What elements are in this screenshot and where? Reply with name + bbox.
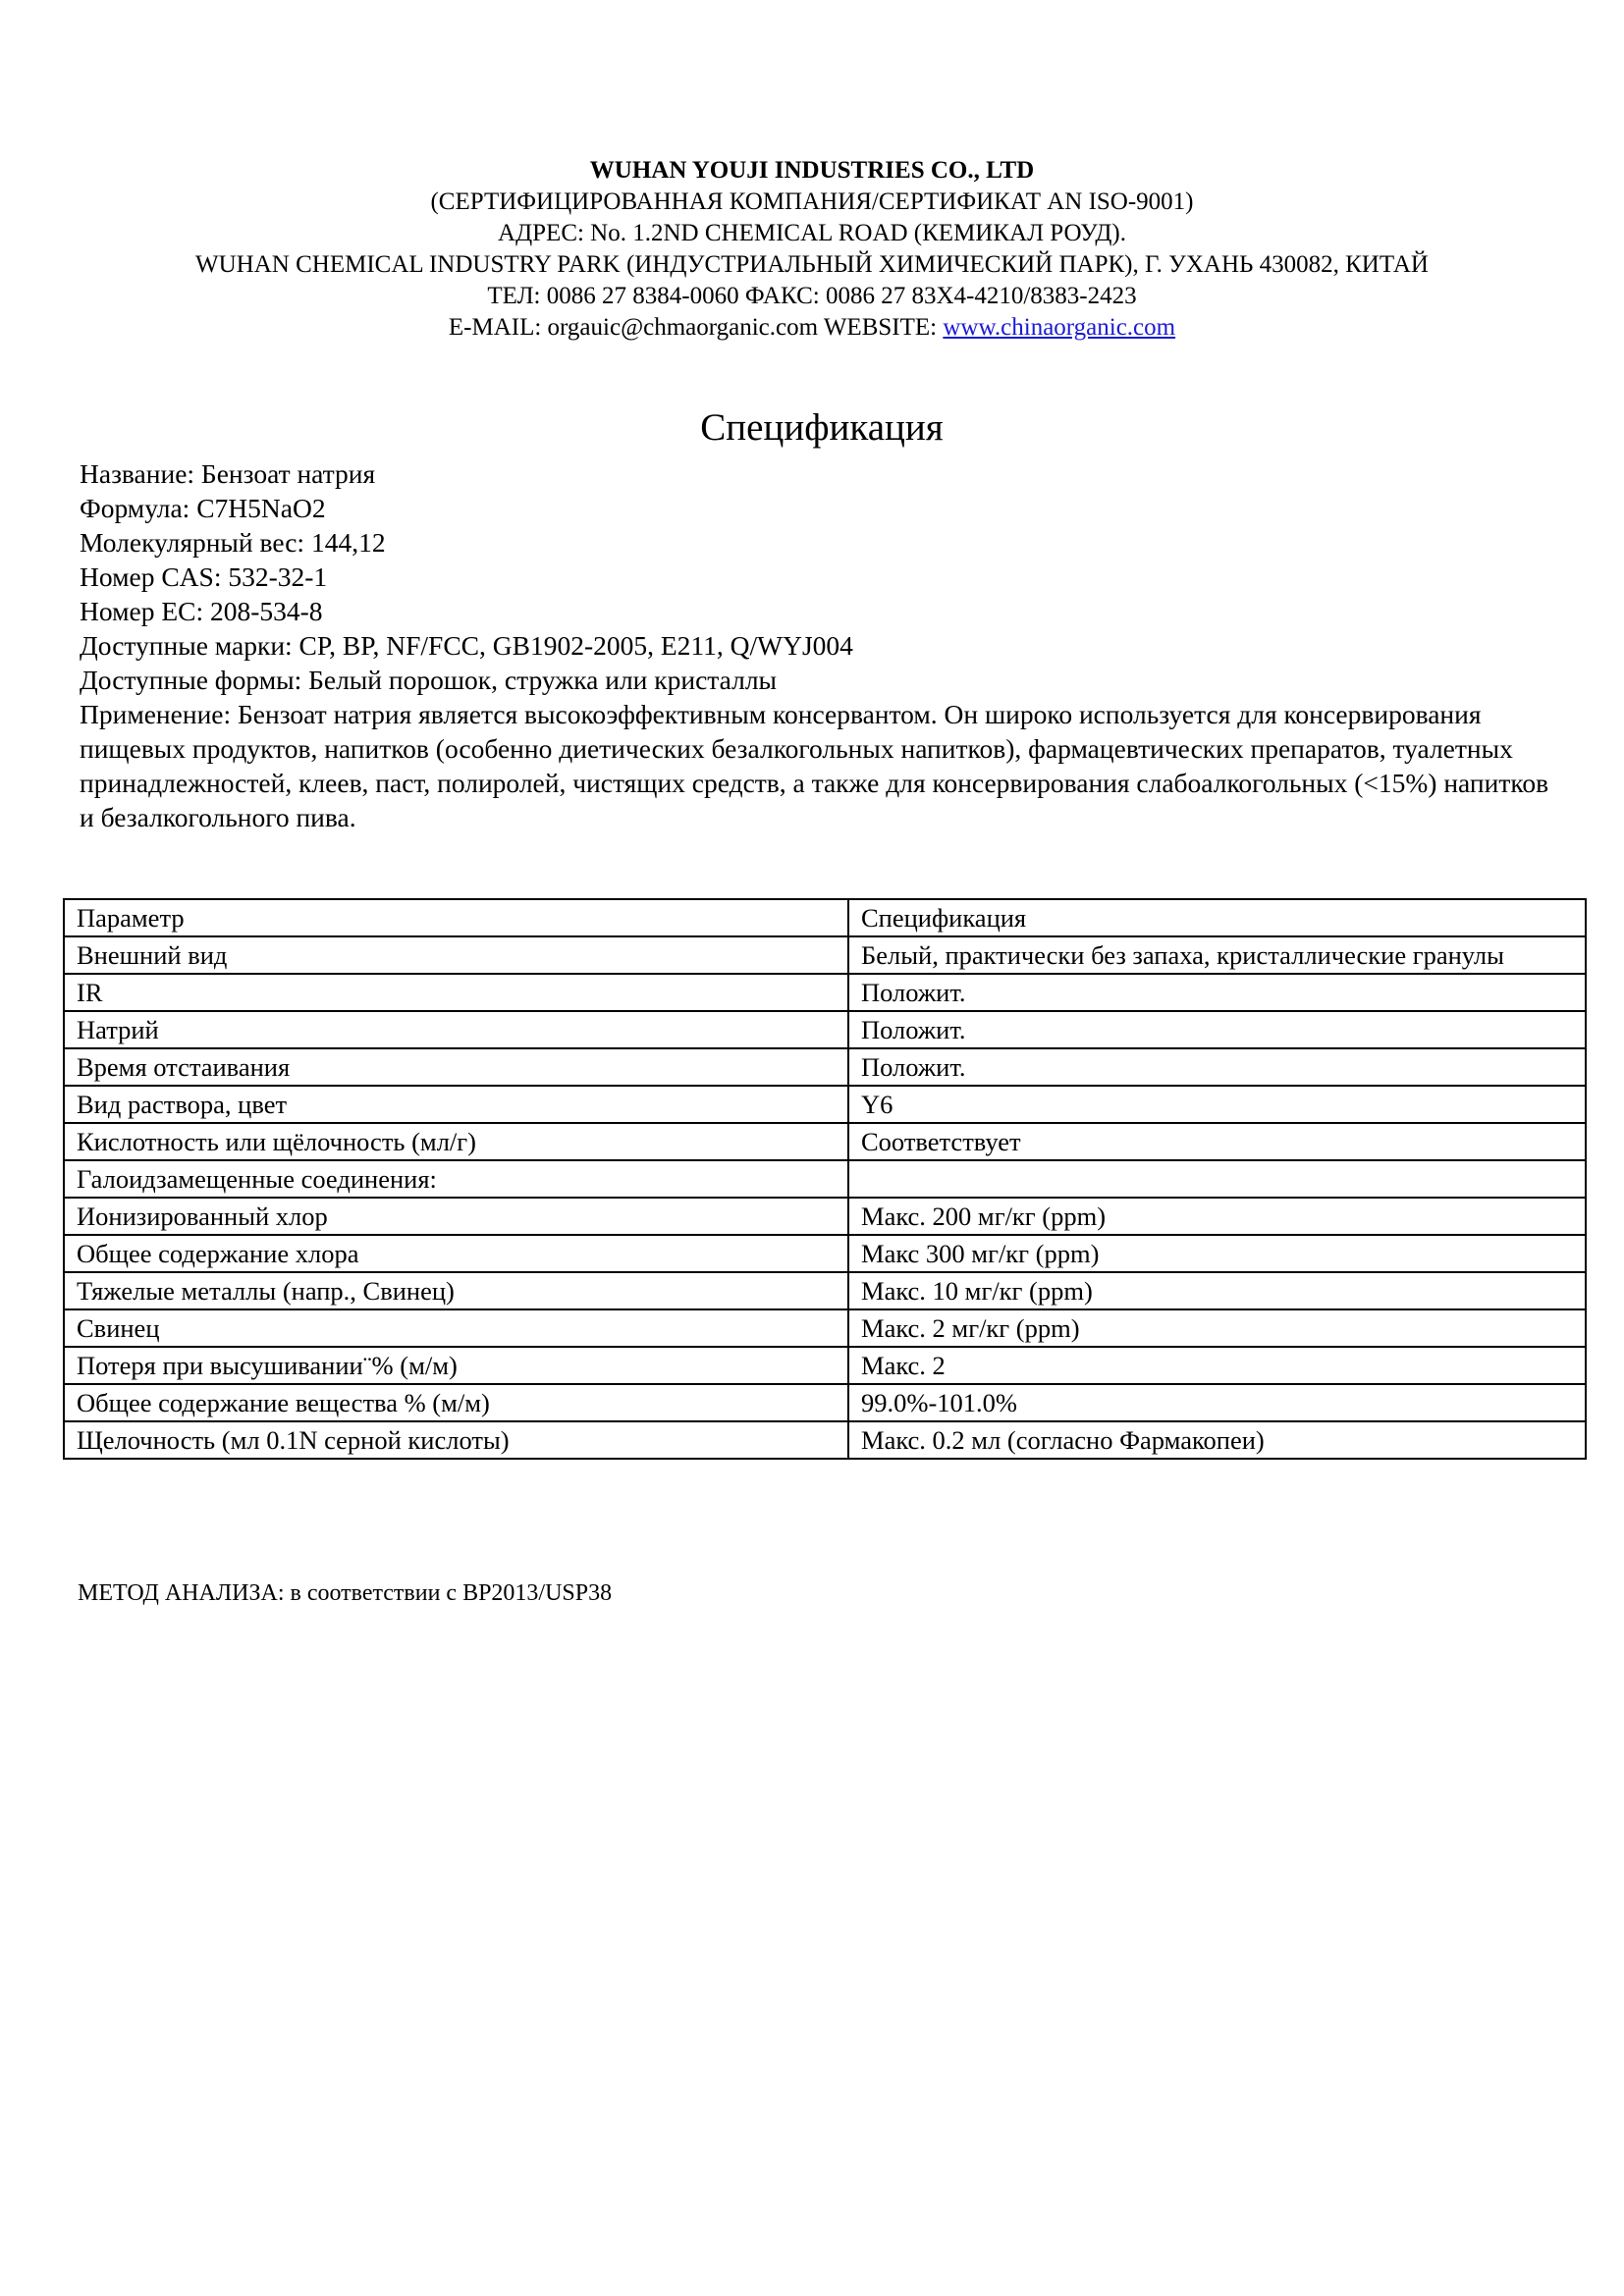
certification-line: (СЕРТИФИЦИРОВАННАЯ КОМПАНИЯ/СЕРТИФИКАТ A… (0, 187, 1624, 218)
specification-cell (848, 1160, 1586, 1198)
phone-fax-line: ТЕЛ: 0086 27 8384-0060 ФАКС: 0086 27 83X… (0, 281, 1624, 312)
parameter-cell: Натрий (64, 1011, 848, 1048)
application-text: Применение: Бензоат натрия является высо… (80, 697, 1552, 834)
contact-line: E-MAIL: orgauic@chmaorganic.com WEBSITE:… (0, 312, 1624, 344)
table-row: Вид раствора, цветY6 (64, 1086, 1586, 1123)
table-row: СвинецМакс. 2 мг/кг (ppm) (64, 1309, 1586, 1347)
specification-table: Параметр Спецификация Внешний видБелый, … (63, 898, 1587, 1460)
parameter-cell: Галоидзамещенные соединения: (64, 1160, 848, 1198)
table-row: НатрийПоложит. (64, 1011, 1586, 1048)
parameter-cell: Тяжелые металлы (напр., Свинец) (64, 1272, 848, 1309)
property-line: Номер CAS: 532-32-1 (80, 560, 1552, 594)
table-row: Тяжелые металлы (напр., Свинец)Макс. 10 … (64, 1272, 1586, 1309)
parameter-cell: Вид раствора, цвет (64, 1086, 848, 1123)
table-row: Ионизированный хлорМакс. 200 мг/кг (ppm) (64, 1198, 1586, 1235)
specification-cell: Макс 300 мг/кг (ppm) (848, 1235, 1586, 1272)
parameter-cell: Свинец (64, 1309, 848, 1347)
specification-cell: Белый, практически без запаха, кристалли… (848, 936, 1586, 974)
parameter-cell: Потеря при высушивании¨% (м/м) (64, 1347, 848, 1384)
email-text: E-MAIL: orgauic@chmaorganic.com WEBSITE: (449, 314, 943, 341)
address-line-2: WUHAN CHEMICAL INDUSTRY PARK (ИНДУСТРИАЛ… (0, 249, 1624, 281)
specification-cell: Y6 (848, 1086, 1586, 1123)
parameter-cell: Ионизированный хлор (64, 1198, 848, 1235)
header-specification: Спецификация (848, 899, 1586, 936)
address-line-1: АДРЕС: No. 1.2ND CHEMICAL ROAD (КЕМИКАЛ … (0, 218, 1624, 249)
table-row: Общее содержание хлораМакс 300 мг/кг (pp… (64, 1235, 1586, 1272)
product-properties: Название: Бензоат натрияФормула: C7H5NaO… (80, 456, 1552, 834)
parameter-cell: Внешний вид (64, 936, 848, 974)
property-line: Молекулярный вес: 144,12 (80, 525, 1552, 560)
specification-cell: 99.0%-101.0% (848, 1384, 1586, 1421)
table-row: Кислотность или щёлочность (мл/г)Соответ… (64, 1123, 1586, 1160)
parameter-cell: Общее содержание вещества % (м/м) (64, 1384, 848, 1421)
website-link[interactable]: www.chinaorganic.com (943, 314, 1175, 341)
specification-cell: Положит. (848, 1011, 1586, 1048)
property-line: Доступные формы: Белый порошок, стружка … (80, 663, 1552, 697)
parameter-cell: IR (64, 974, 848, 1011)
company-header: WUHAN YOUJI INDUSTRIES CO., LTD (СЕРТИФИ… (0, 155, 1624, 344)
parameter-cell: Время отстаивания (64, 1048, 848, 1086)
table-row: Время отстаиванияПоложит. (64, 1048, 1586, 1086)
table-row: Общее содержание вещества % (м/м)99.0%-1… (64, 1384, 1586, 1421)
property-line: Доступные марки: CP, BP, NF/FCC, GB1902-… (80, 628, 1552, 663)
parameter-cell: Кислотность или щёлочность (мл/г) (64, 1123, 848, 1160)
document-title: Спецификация (0, 404, 1624, 452)
property-line: Номер EC: 208-534-8 (80, 594, 1552, 628)
specification-cell: Положит. (848, 974, 1586, 1011)
table-row: Щелочность (мл 0.1N серной кислоты)Макс.… (64, 1421, 1586, 1459)
specification-cell: Соответствует (848, 1123, 1586, 1160)
parameter-cell: Общее содержание хлора (64, 1235, 848, 1272)
table-row: Потеря при высушивании¨% (м/м)Макс. 2 (64, 1347, 1586, 1384)
analysis-method: МЕТОД АНАЛИЗА: в соответствии с BP2013/U… (78, 1578, 612, 1608)
table-body: Внешний видБелый, практически без запаха… (64, 936, 1586, 1459)
table-header-row: Параметр Спецификация (64, 899, 1586, 936)
specification-cell: Макс. 10 мг/кг (ppm) (848, 1272, 1586, 1309)
parameter-cell: Щелочность (мл 0.1N серной кислоты) (64, 1421, 848, 1459)
table-row: Галоидзамещенные соединения: (64, 1160, 1586, 1198)
specification-cell: Макс. 2 мг/кг (ppm) (848, 1309, 1586, 1347)
specification-cell: Макс. 0.2 мл (согласно Фармакопеи) (848, 1421, 1586, 1459)
property-line: Название: Бензоат натрия (80, 456, 1552, 491)
specification-cell: Макс. 2 (848, 1347, 1586, 1384)
header-parameter: Параметр (64, 899, 848, 936)
company-name: WUHAN YOUJI INDUSTRIES CO., LTD (0, 155, 1624, 187)
specification-cell: Положит. (848, 1048, 1586, 1086)
property-line: Формула: C7H5NaO2 (80, 491, 1552, 525)
table-row: Внешний видБелый, практически без запаха… (64, 936, 1586, 974)
specification-cell: Макс. 200 мг/кг (ppm) (848, 1198, 1586, 1235)
property-list: Название: Бензоат натрияФормула: C7H5NaO… (80, 456, 1552, 697)
table-row: IRПоложит. (64, 974, 1586, 1011)
